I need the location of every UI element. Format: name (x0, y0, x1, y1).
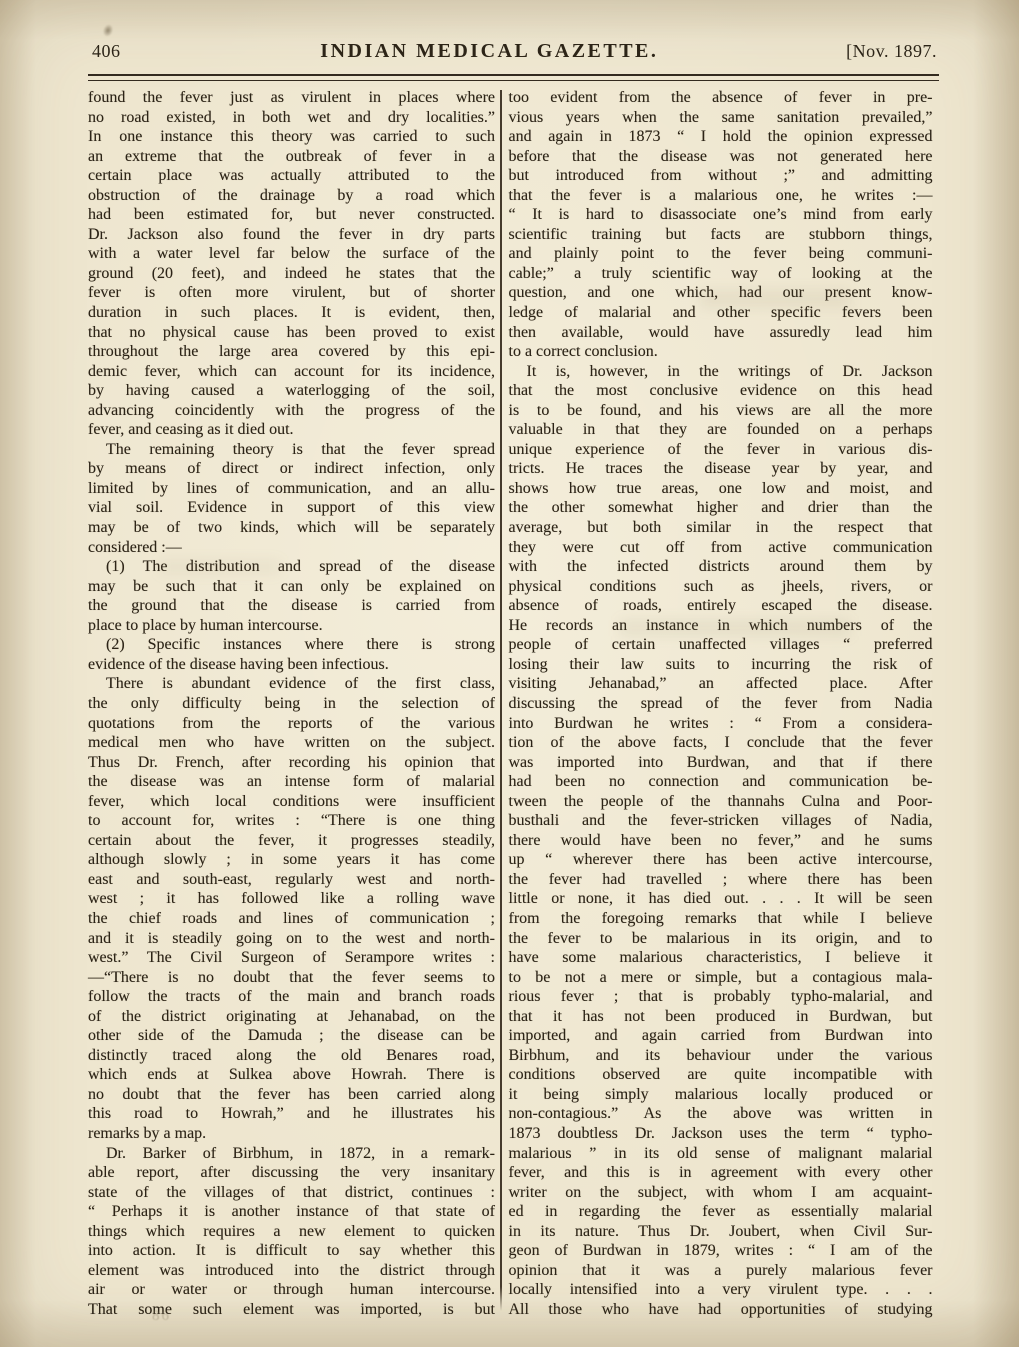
text-line: distinctly traced along the old Benares … (88, 1046, 495, 1066)
text-line: duration in such places. It is evident, … (88, 303, 495, 323)
text-line: state of the villages of that district, … (88, 1183, 495, 1203)
text-line: was imported into Burdwan, and that if t… (509, 753, 933, 773)
text-line: tion of the above facts, I conclude that… (509, 733, 933, 753)
text-line: certain place was actually attributed to… (88, 166, 495, 186)
text-line: fever is often more virulent, but of sho… (88, 283, 495, 303)
text-line: no doubt that the fever has been carried… (88, 1085, 495, 1105)
text-line: certain about the fever, it progresses s… (88, 831, 495, 851)
text-line: question, and one which, had our present… (509, 283, 933, 303)
text-line: medical men who have written on the subj… (88, 733, 495, 753)
text-line: fever, which local conditions were insuf… (88, 792, 495, 812)
text-line: (1) The distribution and spread of the d… (88, 557, 495, 577)
text-line: west.” The Civil Surgeon of Serampore wr… (88, 948, 495, 968)
text-columns: found the fever just as virulent in plac… (0, 81, 1019, 1319)
text-line: fever, and this is in agreement with eve… (509, 1163, 933, 1183)
text-line: malarious ” in its old sense of malignan… (509, 1144, 933, 1164)
text-line: by having caused a waterlogging of the s… (88, 381, 495, 401)
text-line: All those who have had opportunities of … (509, 1300, 933, 1320)
text-line: it being simply malarious locally produc… (509, 1085, 933, 1105)
text-line: 1873 doubtless Dr. Jackson uses the term… (509, 1124, 933, 1144)
text-line: west ; it has followed like a rolling wa… (88, 889, 495, 909)
text-line: vial soil. Evidence in support of this v… (88, 498, 495, 518)
text-line: imported, and again carried from Burdwan… (509, 1026, 933, 1046)
text-line: into Burdwan he writes : “ From a consid… (509, 714, 933, 734)
text-line: —“There is no doubt that the fever seems… (88, 968, 495, 988)
text-line: up “ wherever there has been active inte… (509, 850, 933, 870)
text-line: then available, would have assuredly lea… (509, 323, 933, 343)
text-line: may be of two kinds, which will be separ… (88, 518, 495, 538)
text-line: non-contagious.” As the above was writte… (509, 1104, 933, 1124)
left-column: found the fever just as virulent in plac… (88, 88, 495, 1319)
text-line: He records an instance in which numbers … (509, 616, 933, 636)
text-line: things which requires a new element to q… (88, 1222, 495, 1242)
text-line: shows how true areas, one low and moist,… (509, 479, 933, 499)
text-line: physical conditions such as jheels, rive… (509, 577, 933, 597)
text-line: air or water or through human intercours… (88, 1280, 495, 1300)
text-line: to a correct conclusion. (509, 342, 933, 362)
text-line: other side of the Damuda ; the disease c… (88, 1026, 495, 1046)
text-line: by means of direct or indirect infection… (88, 459, 495, 479)
text-line: the other somewhat higher and drier than… (509, 498, 933, 518)
text-line: ed in regarding the fever as essentially… (509, 1202, 933, 1222)
text-line: found the fever just as virulent in plac… (88, 88, 495, 108)
text-line: losing their law suits to incurring the … (509, 655, 933, 675)
text-line: that the fever is a malarious one, he wr… (509, 186, 933, 206)
issue-date: [Nov. 1897. (846, 41, 937, 62)
scanned-journal-page: 406 INDIAN MEDICAL GAZETTE. [Nov. 1897. … (0, 0, 1019, 1347)
text-line: people of certain unaffected villages “ … (509, 635, 933, 655)
text-line: limited by lines of communication, and a… (88, 479, 495, 499)
header-double-rule (88, 74, 939, 81)
text-line: tricts. He traces the disease year by ye… (509, 459, 933, 479)
text-line: demic fever, which can account for its i… (88, 362, 495, 382)
text-line: That some such element was imported, is … (88, 1300, 495, 1320)
text-line: scientific training but facts are stubbo… (509, 225, 933, 245)
text-line: east and south-east, regularly west and … (88, 870, 495, 890)
text-line: It is, however, in the writings of Dr. J… (509, 362, 933, 382)
text-line: with a water level far below the surface… (88, 244, 495, 264)
text-line: “ Perhaps it is another instance of that… (88, 1202, 495, 1222)
text-line: cable;” a truly scientific way of lookin… (509, 264, 933, 284)
text-line: is to be found, and his views are all th… (509, 401, 933, 421)
page-number: 406 (92, 41, 121, 62)
text-line: before that the disease was not generate… (509, 147, 933, 167)
text-line: busthali and the fever-stricken villages… (509, 811, 933, 831)
text-line: with the infected districts around them … (509, 557, 933, 577)
text-line: writer on the subject, with whom I am ac… (509, 1183, 933, 1203)
text-line: this road to Howrah,” and he illustrates… (88, 1104, 495, 1124)
text-line: Dr. Barker of Birbhum, in 1872, in a rem… (88, 1144, 495, 1164)
text-line: the disease was an intense form of malar… (88, 772, 495, 792)
text-line: and it is steadily going on to the west … (88, 929, 495, 949)
text-line: ledge of malarial and other specific fev… (509, 303, 933, 323)
text-line: fever, and ceasing as it died out. (88, 420, 495, 440)
text-line: and plainly point to the fever being com… (509, 244, 933, 264)
text-line: the chief roads and lines of communicati… (88, 909, 495, 929)
text-line: that no physical cause has been proved t… (88, 323, 495, 343)
text-line: conditions observed are quite incompatib… (509, 1065, 933, 1085)
text-line: have some malarious characteristics, I b… (509, 948, 933, 968)
text-line: The remaining theory is that the fever s… (88, 440, 495, 460)
text-line: which ends at Sulkea above Howrah. There… (88, 1065, 495, 1085)
text-line: evidence of the disease having been infe… (88, 655, 495, 675)
text-line: There is abundant evidence of the first … (88, 674, 495, 694)
text-line: an extreme that the outbreak of fever in… (88, 147, 495, 167)
text-line: that the most conclusive evidence on thi… (509, 381, 933, 401)
journal-title: INDIAN MEDICAL GAZETTE. (320, 40, 658, 63)
text-line: to account for, writes : “There is one t… (88, 811, 495, 831)
text-line: element was introduced into the district… (88, 1261, 495, 1281)
text-line: had been no connection and communication… (509, 772, 933, 792)
text-line: quotations from the reports of the vario… (88, 714, 495, 734)
text-line: absence of roads, entirely escaped the d… (509, 596, 933, 616)
text-line: obstruction of the drainage by a road wh… (88, 186, 495, 206)
text-line: valuable in that they are founded on a p… (509, 420, 933, 440)
text-line: Birbhum, and its behaviour under the var… (509, 1046, 933, 1066)
text-line: into action. It is difficult to say whet… (88, 1241, 495, 1261)
text-line: throughout the large area covered by thi… (88, 342, 495, 362)
text-line: the only difficulty being in the selecti… (88, 694, 495, 714)
page-header: 406 INDIAN MEDICAL GAZETTE. [Nov. 1897. (0, 0, 1019, 70)
text-line: but introduced from without ;” and admit… (509, 166, 933, 186)
text-line: had been estimated for, but never constr… (88, 205, 495, 225)
text-line: considered :— (88, 538, 495, 558)
text-line: place to place by human intercourse. (88, 616, 495, 636)
text-line: tween the people of the thannahs Culna a… (509, 792, 933, 812)
text-line: although slowly ; in some years it has c… (88, 850, 495, 870)
text-line: remarks by a map. (88, 1124, 495, 1144)
text-line: from the foregoing remarks that while I … (509, 909, 933, 929)
text-line: there would have been no fever,” and he … (509, 831, 933, 851)
text-line: (2) Specific instances where there is st… (88, 635, 495, 655)
text-line: Dr. Jackson also found the fever in dry … (88, 225, 495, 245)
text-line: ground (20 feet), and indeed he states t… (88, 264, 495, 284)
text-line: may be such that it can only be explaine… (88, 577, 495, 597)
text-line: no road existed, in both wet and dry loc… (88, 108, 495, 128)
text-line: discussing the spread of the fever from … (509, 694, 933, 714)
text-line: in its nature. Thus Dr. Joubert, when Ci… (509, 1222, 933, 1242)
text-line: follow the tracts of the main and branch… (88, 987, 495, 1007)
text-line: that it has not been produced in Burdwan… (509, 1007, 933, 1027)
show-through-page-number: 86 (152, 1308, 171, 1325)
column-divider-rule (500, 90, 502, 1311)
text-line: of the district originating at Jehanabad… (88, 1007, 495, 1027)
text-line: too evident from the absence of fever in… (509, 88, 933, 108)
right-column: too evident from the absence of fever in… (509, 88, 933, 1319)
text-line: average, but both similar in the respect… (509, 518, 933, 538)
text-line: the fever to be malarious in its origin,… (509, 929, 933, 949)
text-line: visiting Jehanabad,” an affected place. … (509, 674, 933, 694)
text-line: and again in 1873 “ I hold the opinion e… (509, 127, 933, 147)
text-line: opinion that it was a purely malarious f… (509, 1261, 933, 1281)
text-line: “ It is hard to disassociate one’s mind … (509, 205, 933, 225)
text-line: able report, after discussing the very i… (88, 1163, 495, 1183)
text-line: In one instance this theory was carried … (88, 127, 495, 147)
text-line: the ground that the disease is carried f… (88, 596, 495, 616)
text-line: they were cut off from active communicat… (509, 538, 933, 558)
text-line: advancing coincidently with the progress… (88, 401, 495, 421)
text-line: rious fever ; that is probably typho-mal… (509, 987, 933, 1007)
text-line: the fever had travelled ; where there ha… (509, 870, 933, 890)
text-line: to be not a mere or simple, but a contag… (509, 968, 933, 988)
text-line: little or none, it has died out. . . . I… (509, 889, 933, 909)
text-line: locally intensified into a very virulent… (509, 1280, 933, 1300)
text-line: geon of Burdwan in 1879, writes : “ I am… (509, 1241, 933, 1261)
text-line: Thus Dr. French, after recording his opi… (88, 753, 495, 773)
text-line: vious years when the same sanitation pre… (509, 108, 933, 128)
text-line: unique experience of the fever in variou… (509, 440, 933, 460)
